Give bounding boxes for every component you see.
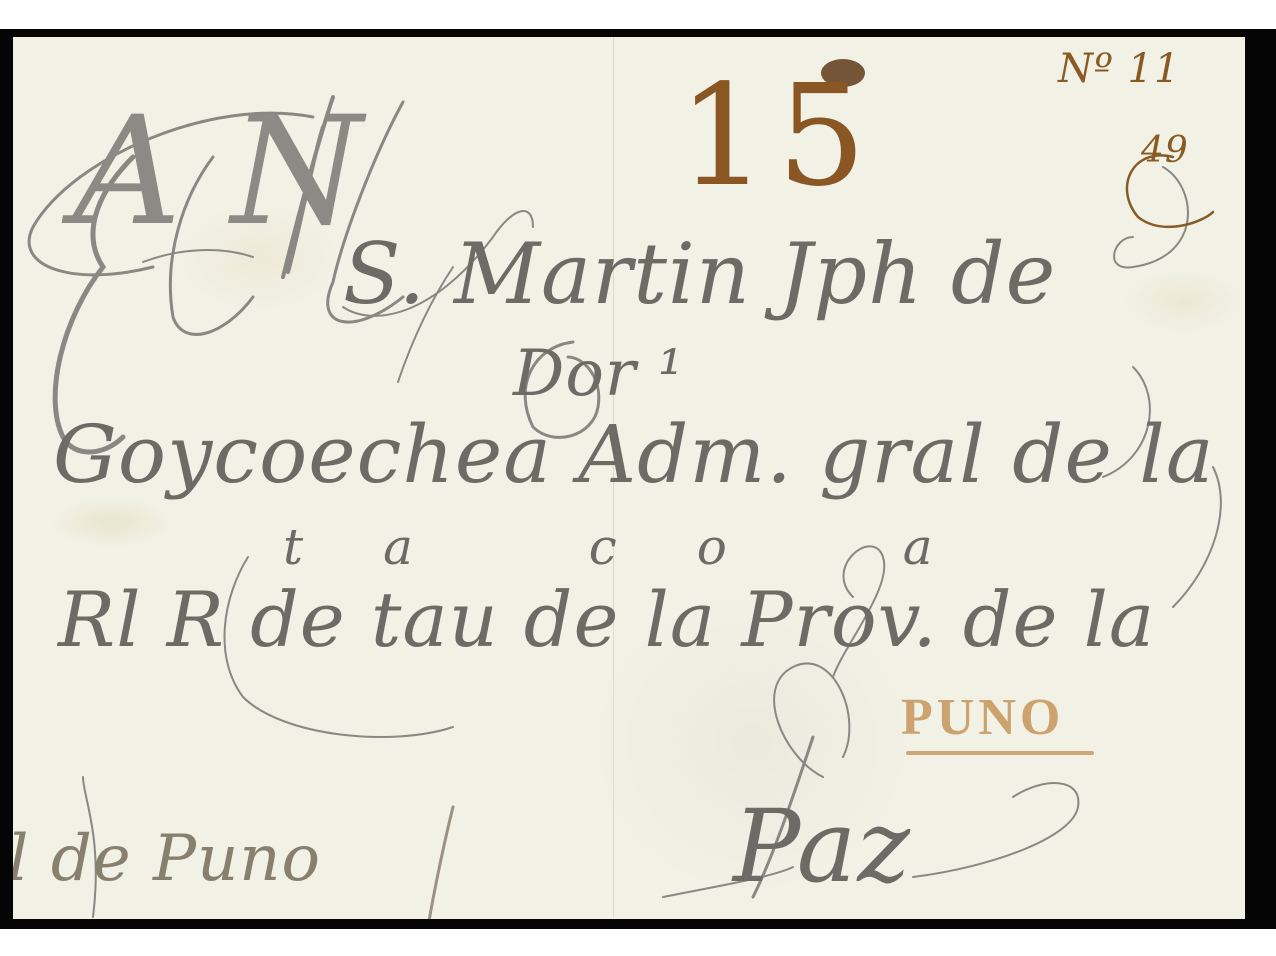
puno-postmark: PUNO	[901, 692, 1064, 744]
salutation-text: A N	[73, 97, 363, 247]
address-line-2-superscript: Dor ¹	[513, 342, 684, 406]
rate-mark: 15	[678, 67, 876, 207]
docket-number: Nº 11	[1058, 49, 1180, 89]
address-line-2: Goycoechea Adm. gral de la	[53, 415, 1215, 495]
address-line-1: S. Martin Jph de	[343, 232, 1056, 316]
circled-number: 49	[1141, 133, 1189, 169]
origin-note: l de Puno	[13, 827, 321, 891]
address-line-3: Rl R de tau de la Prov. de la	[58, 582, 1155, 658]
postmark-underline	[906, 751, 1094, 755]
letter-cover: 15 Nº 11 49 A N S. Martin Jph de Dor ¹ G…	[13, 37, 1245, 919]
address-line-4: Paz	[733, 797, 911, 897]
address-line-3-superscript: ta co a	[283, 522, 1013, 572]
